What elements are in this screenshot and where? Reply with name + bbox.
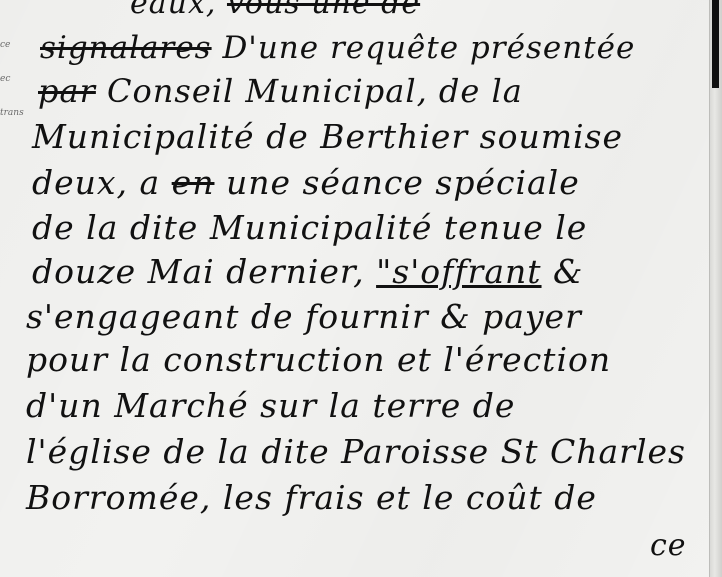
manuscript-line-13: ce — [650, 528, 687, 563]
line-text: D'une requête présentée — [222, 30, 635, 66]
page-edge — [709, 0, 722, 577]
line-text: d'un Marché sur la terre de — [26, 386, 515, 425]
line-text: eaux, — [130, 0, 216, 21]
manuscript-line-10: d'un Marché sur la terre de — [26, 386, 515, 425]
manuscript-line-9: pour la construction et l'érection — [26, 340, 611, 379]
line-text: deux, a — [32, 163, 160, 202]
line-text: Municipalité de Berthier soumise — [32, 117, 623, 156]
line-text: Borromée, les frais et le coût de — [26, 478, 597, 517]
manuscript-line-1: eaux, vous une de — [130, 0, 420, 21]
underlined-text: "s'offrant — [376, 252, 541, 291]
line-text: & — [553, 252, 583, 291]
manuscript-line-4: Municipalité de Berthier soumise — [32, 117, 623, 156]
manuscript-page: ce ec trans eaux, vous une de signalares… — [0, 0, 722, 577]
manuscript-line-5: deux, a en une séance spéciale — [32, 163, 580, 202]
manuscript-line-3: par Conseil Municipal, de la — [38, 72, 523, 110]
line-text: de la dite Municipalité tenue le — [32, 208, 587, 247]
margin-note: ce — [0, 28, 40, 62]
margin-notes: ce ec trans — [0, 28, 40, 130]
manuscript-line-2: signalares D'une requête présentée — [40, 30, 635, 66]
line-text: une séance spéciale — [226, 163, 580, 202]
line-text: l'église de la dite Paroisse St Charles — [26, 432, 686, 471]
struck-text: en — [172, 163, 215, 202]
struck-text: par — [38, 72, 96, 110]
line-text: Conseil Municipal, de la — [107, 72, 523, 110]
line-text: ce — [650, 528, 687, 563]
manuscript-line-8: s'engageant de fournir & payer — [26, 297, 582, 336]
manuscript-line-12: Borromée, les frais et le coût de — [26, 478, 597, 517]
margin-note: ec — [0, 62, 40, 96]
struck-text: vous une de — [227, 0, 420, 21]
binding-band — [712, 0, 719, 88]
manuscript-line-6: de la dite Municipalité tenue le — [32, 208, 587, 247]
line-text: pour la construction et l'érection — [26, 340, 611, 379]
manuscript-line-7: douze Mai dernier, "s'offrant & — [32, 252, 583, 291]
manuscript-line-11: l'église de la dite Paroisse St Charles — [26, 432, 686, 471]
line-text: s'engageant de fournir & payer — [26, 297, 582, 336]
line-text: douze Mai dernier, — [32, 252, 365, 291]
struck-text: signalares — [40, 30, 212, 66]
